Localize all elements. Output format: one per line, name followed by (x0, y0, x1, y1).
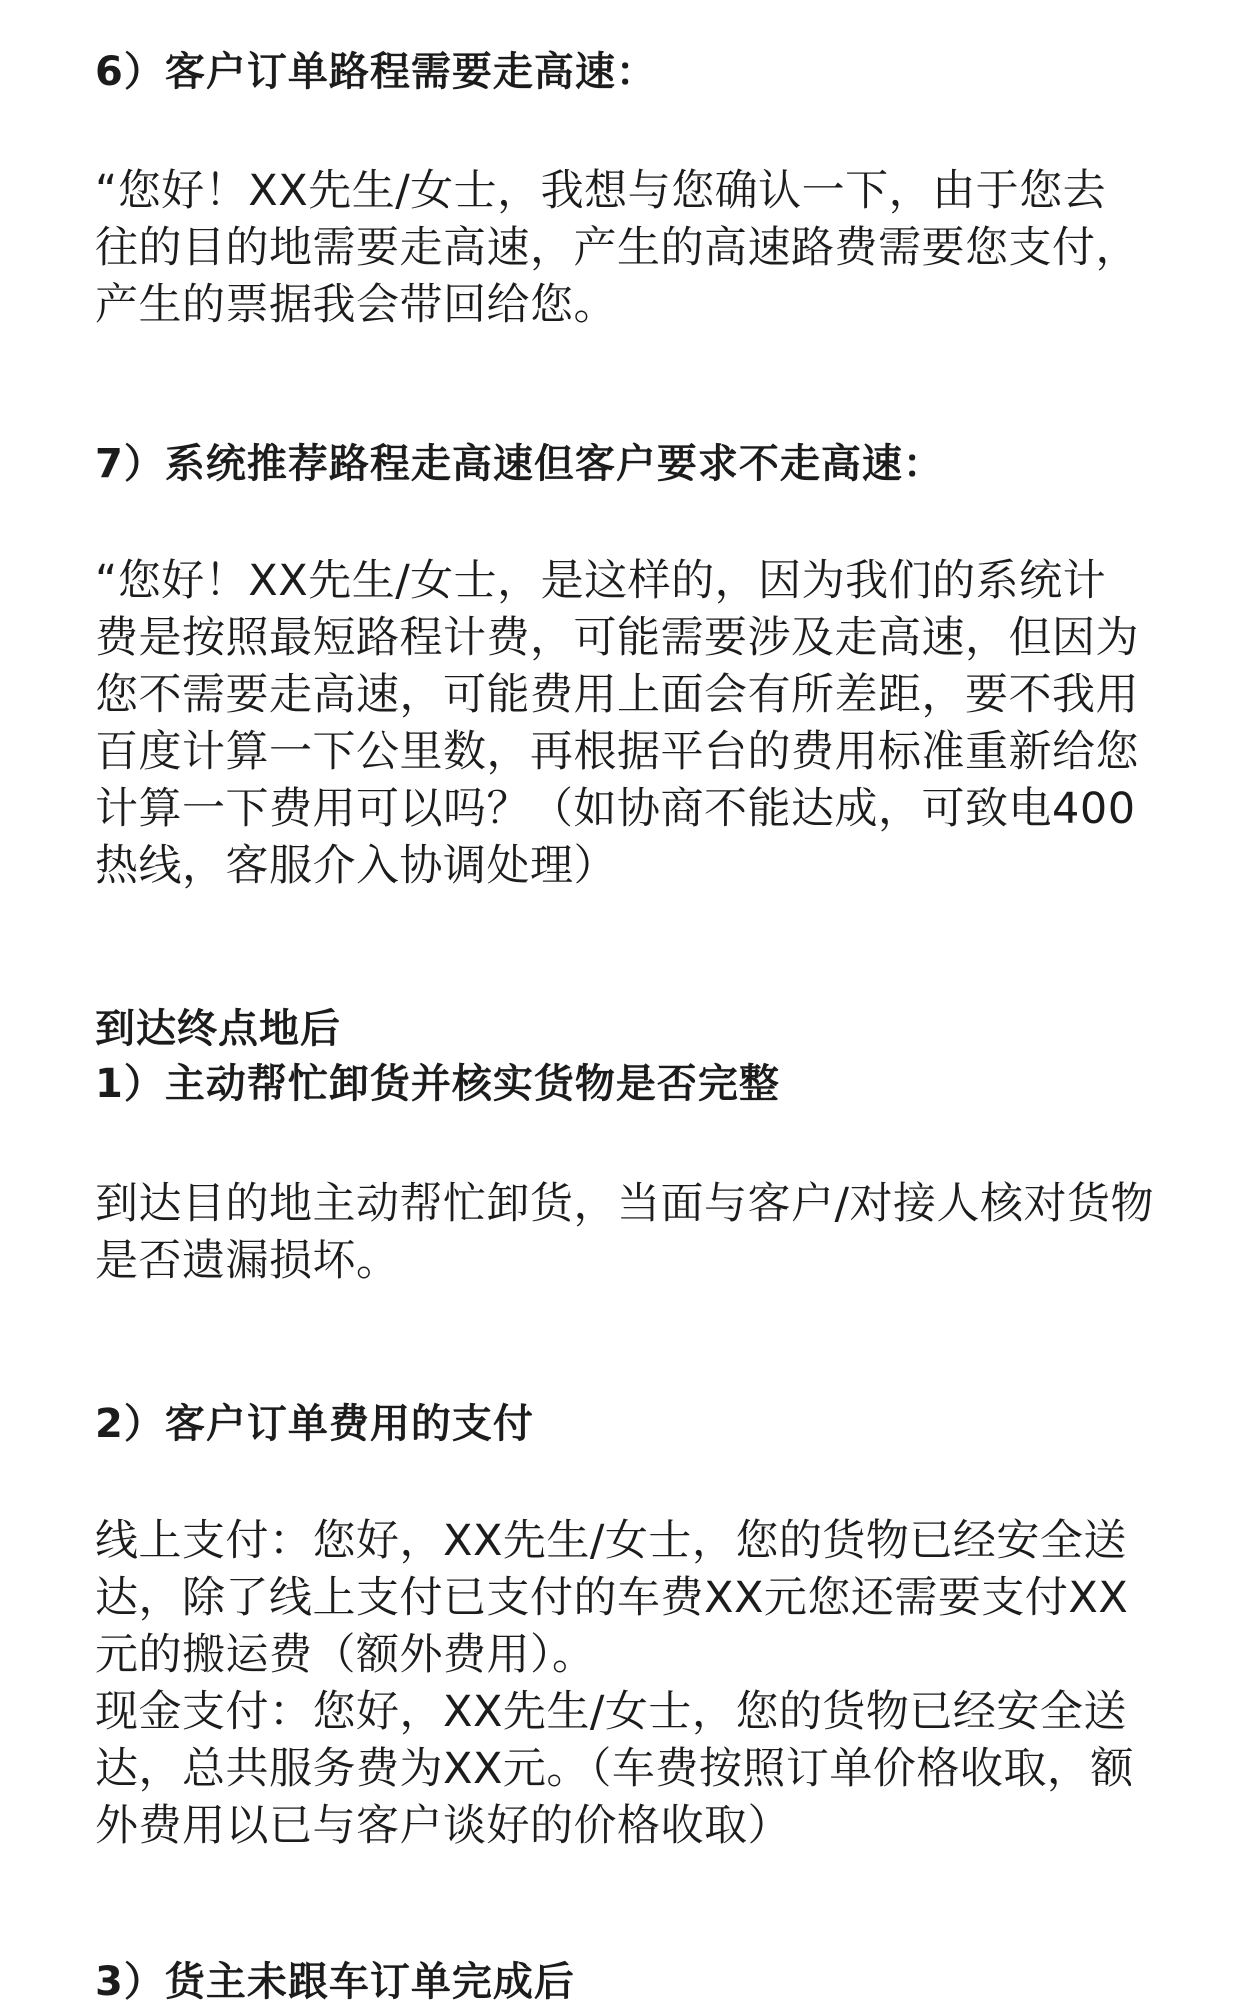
paragraph-line: 达，总共服务费为XX元。（车费按照订单价格收取，额 (95, 1741, 1181, 1798)
section-heading-order-payment: 2）客户订单费用的支付 (95, 1397, 1181, 1452)
paragraph-no-highway-script: “您好！XX先生/女士，是这样的，因为我们的系统计 费是按照最短路程计费，可能需… (95, 553, 1181, 895)
paragraph-line: 计算一下费用可以吗？（如协商不能达成，可致电400 (95, 781, 1181, 838)
document-page: 6）客户订单路程需要走高速： “您好！XX先生/女士，我想与您确认一下，由于您去… (0, 0, 1241, 2009)
paragraph-line: 外费用以已与客户谈好的价格收取） (95, 1798, 1181, 1855)
paragraph-line: 往的目的地需要走高速，产生的高速路费需要您支付， (95, 220, 1181, 277)
paragraph-line: “您好！XX先生/女士，我想与您确认一下，由于您去 (95, 163, 1181, 220)
heading-text: 2）客户订单费用的支付 (95, 1397, 1181, 1452)
section-heading-owner-not-following: 3）货主未跟车订单完成后 (95, 1955, 1181, 2009)
paragraph-unload-check-goods: 到达目的地主动帮忙卸货，当面与客户/对接人核对货物 是否遗漏损坏。 (95, 1176, 1181, 1290)
paragraph-line: 元的搬运费（额外费用）。 (95, 1627, 1181, 1684)
heading-text: 7）系统推荐路程走高速但客户要求不走高速： (95, 437, 1181, 492)
paragraph-payment-scripts: 线上支付：您好，XX先生/女士，您的货物已经安全送 达，除了线上支付已支付的车费… (95, 1513, 1181, 1855)
paragraph-line: 是否遗漏损坏。 (95, 1233, 1181, 1290)
section-heading-system-recommends-highway: 7）系统推荐路程走高速但客户要求不走高速： (95, 437, 1181, 492)
section-heading-order-needs-highway: 6）客户订单路程需要走高速： (95, 45, 1181, 100)
section-heading-after-arrival: 到达终点地后 1）主动帮忙卸货并核实货物是否完整 (95, 1002, 1181, 1112)
paragraph-line: 百度计算一下公里数，再根据平台的费用标准重新给您 (95, 724, 1181, 781)
heading-text: 到达终点地后 (95, 1002, 1181, 1057)
heading-text: 6）客户订单路程需要走高速： (95, 45, 1181, 100)
paragraph-line: 到达目的地主动帮忙卸货，当面与客户/对接人核对货物 (95, 1176, 1181, 1233)
paragraph-line: 达，除了线上支付已支付的车费XX元您还需要支付XX (95, 1570, 1181, 1627)
paragraph-line: 费是按照最短路程计费，可能需要涉及走高速，但因为 (95, 610, 1181, 667)
paragraph-line: 您不需要走高速，可能费用上面会有所差距，要不我用 (95, 667, 1181, 724)
paragraph-line: 线上支付：您好，XX先生/女士，您的货物已经安全送 (95, 1513, 1181, 1570)
paragraph-line: 热线，客服介入协调处理） (95, 838, 1181, 895)
paragraph-line: “您好！XX先生/女士，是这样的，因为我们的系统计 (95, 553, 1181, 610)
heading-text: 1）主动帮忙卸货并核实货物是否完整 (95, 1057, 1181, 1112)
heading-text: 3）货主未跟车订单完成后 (95, 1955, 1181, 2009)
paragraph-line: 现金支付：您好，XX先生/女士，您的货物已经安全送 (95, 1684, 1181, 1741)
paragraph-line: 产生的票据我会带回给您。 (95, 277, 1181, 334)
paragraph-highway-toll-script: “您好！XX先生/女士，我想与您确认一下，由于您去 往的目的地需要走高速，产生的… (95, 163, 1181, 334)
